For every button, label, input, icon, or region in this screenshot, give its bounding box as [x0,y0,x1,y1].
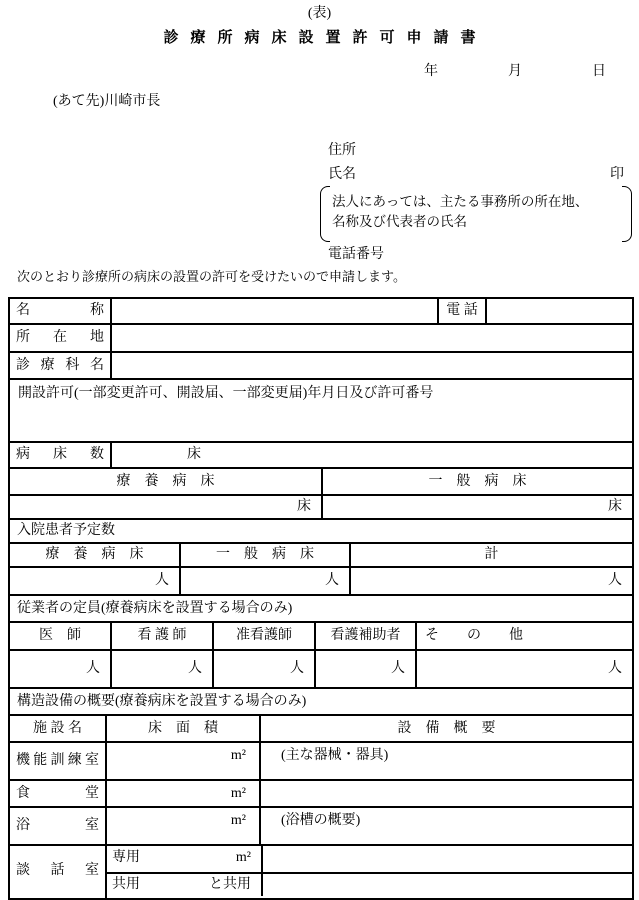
staff-other-unit: 人 [415,651,632,687]
inpatient-title: 入院患者予定数 [10,520,632,542]
inpatient-ippan-header: 一 般 病 床 [179,544,349,566]
lounge-private-row: 専用 m² [107,846,632,872]
staff-nursing-aide-unit: 人 [314,651,415,687]
name-field-label: 名称 [10,299,110,323]
dining-room-note [259,781,632,806]
side-note: (表) [0,2,639,22]
corporate-note-line1: 法人にあっては、主たる事務所の所在地、 [332,190,588,210]
lounge-subrows: 専用 m² 共用 と共用 [105,846,632,898]
inpatient-ippan-unit: 人 [179,568,349,594]
ryoyo-bed-header: 療 養 病 床 [10,469,321,494]
bed-count-unit: 床 [110,443,632,467]
row-bed-type-values: 床 床 [10,496,632,520]
row-bath-room: 浴室 m² (浴槽の概要) [10,808,632,846]
seal-label: 印 [610,163,624,183]
department-value-cell [110,353,632,378]
tel-value-cell [485,299,632,323]
ryoyo-bed-unit: 床 [10,496,321,518]
lounge-label: 談話室 [10,846,105,898]
page-title: 診療所病床設置許可申請書 [0,26,639,47]
lounge-shared-label: 共用 [112,874,140,896]
form-page: (表) 診療所病床設置許可申請書 年 月 日 (あて先)川崎市長 住所 氏名 印… [0,0,639,900]
bed-count-label: 病床数 [10,443,110,467]
tel-label: 電 話 [437,299,485,323]
permit-text: 開設許可(一部変更許可、開設届、一部変更届)年月日及び許可番号 [10,380,632,441]
row-location: 所在地 [10,325,632,353]
training-room-area-unit: m² [105,743,259,779]
staff-assistant-nurse-unit: 人 [212,651,314,687]
equipment-header: 設 備 概 要 [259,716,632,741]
area-header: 床 面 積 [105,716,259,741]
left-bracket [320,186,330,242]
intro-sentence: 次のとおり診療所の病床の設置の許可を受けたいので申請します。 [17,266,406,285]
row-staff-headers: 医 師 看 護 師 准看護師 看護補助者 そ の 他 [10,623,632,651]
lounge-shared-unit: と共用 [209,874,251,896]
bath-room-area-unit: m² [105,808,259,844]
lounge-shared-note-cell [261,874,632,896]
bath-room-note: (浴槽の概要) [259,808,632,844]
inpatient-total-unit: 人 [349,568,632,594]
location-label: 所在地 [10,325,110,351]
row-training-room: 機能訓練室 m² (主な器械・器具) [10,743,632,781]
staff-header-assistant-nurse: 准看護師 [212,623,314,649]
structure-title: 構造設備の概要(療養病床を設置する場合のみ) [10,689,632,714]
staff-header-nursing-aide: 看護補助者 [314,623,415,649]
lounge-private-label: 専用 [112,846,140,872]
inpatient-total-header: 計 [349,544,632,566]
row-bed-count: 病床数 床 [10,443,632,469]
staff-doctor-unit: 人 [10,651,110,687]
date-line: 年 月 日 [424,60,606,80]
address-label: 住所 [328,139,356,159]
inpatient-ryoyo-unit: 人 [10,568,179,594]
staff-header-nurse: 看 護 師 [110,623,212,649]
location-value-cell [110,325,632,351]
row-name: 名称 電 話 [10,299,632,325]
staff-nurse-unit: 人 [110,651,212,687]
facility-header: 施 設 名 [10,716,105,741]
row-structure-title: 構造設備の概要(療養病床を設置する場合のみ) [10,689,632,716]
ippan-bed-unit: 床 [321,496,632,518]
addressee: (あて先)川崎市長 [53,90,160,110]
row-department: 診療科名 [10,353,632,380]
row-inpatient-headers: 療 養 病 床 一 般 病 床 計 [10,544,632,568]
ippan-bed-header: 一 般 病 床 [321,469,632,494]
staff-header-other: そ の 他 [415,623,632,649]
training-room-label: 機能訓練室 [10,743,105,779]
corporate-note-line2: 名称及び代表者の氏名 [332,210,467,230]
inpatient-ryoyo-header: 療 養 病 床 [10,544,179,566]
row-permit: 開設許可(一部変更許可、開設届、一部変更届)年月日及び許可番号 [10,380,632,443]
department-label: 診療科名 [10,353,110,378]
row-inpatient-values: 人 人 人 [10,568,632,596]
name-label: 氏名 [328,163,356,183]
staff-header-doctor: 医 師 [10,623,110,649]
dining-room-label: 食堂 [10,781,105,806]
form-table: 名称 電 話 所在地 診療科名 開設許可(一部変更許可、開設届、一部変更届)年月… [8,297,634,900]
row-staff-title: 従業者の定員(療養病床を設置する場合のみ) [10,596,632,623]
row-bed-type-headers: 療 養 病 床 一 般 病 床 [10,469,632,496]
right-bracket [622,186,632,242]
dining-room-area-unit: m² [105,781,259,806]
row-inpatient-title: 入院患者予定数 [10,520,632,544]
name-value-cell [110,299,437,323]
lounge-private-note-cell [261,846,632,872]
lounge-shared-row: 共用 と共用 [107,872,632,896]
row-dining-room: 食堂 m² [10,781,632,808]
row-staff-values: 人 人 人 人 人 [10,651,632,689]
phone-label: 電話番号 [328,243,384,263]
training-room-note: (主な器械・器具) [259,743,632,779]
bath-room-label: 浴室 [10,808,105,844]
row-lounge: 談話室 専用 m² 共用 と共用 [10,846,632,898]
row-facility-headers: 施 設 名 床 面 積 設 備 概 要 [10,716,632,743]
staff-title: 従業者の定員(療養病床を設置する場合のみ) [10,596,632,621]
lounge-private-unit: m² [236,846,251,872]
